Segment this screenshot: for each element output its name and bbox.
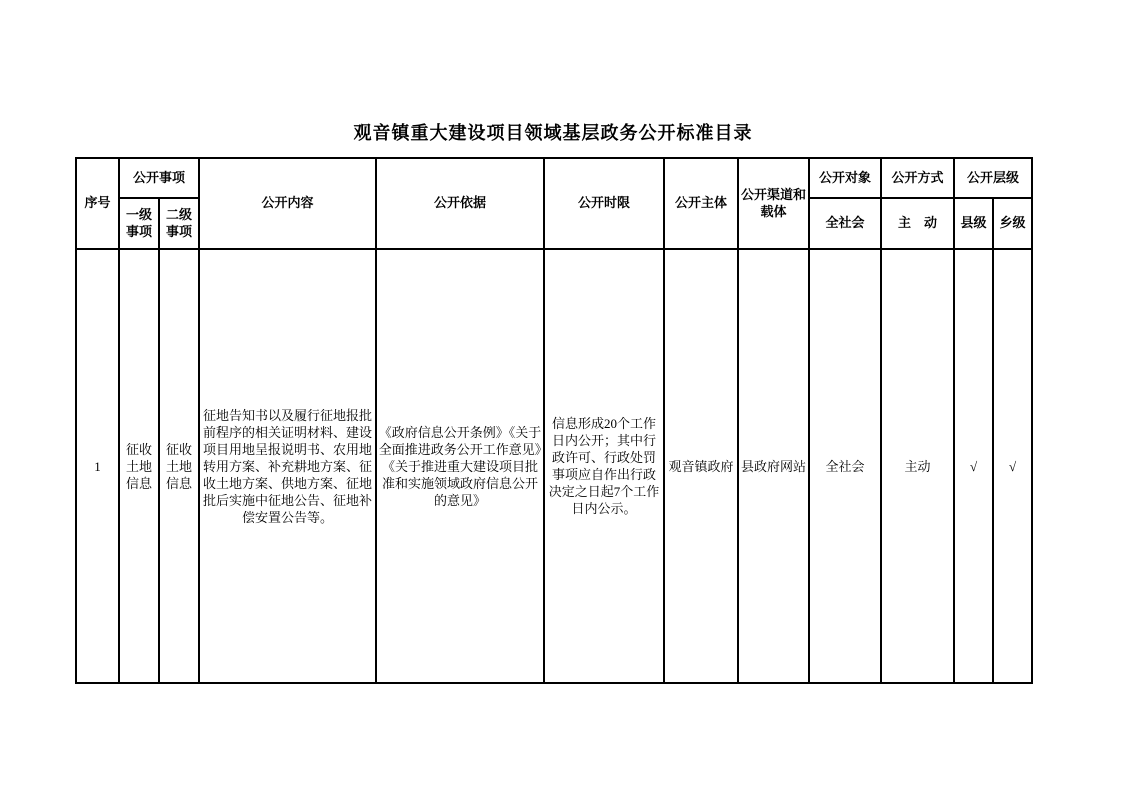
header-disclosure-content: 公开内容 — [199, 158, 376, 249]
header-disclosure-target: 公开对象 — [809, 158, 881, 198]
header-township-level: 乡级 — [993, 198, 1032, 249]
page-title: 观音镇重大建设项目领域基层政务公开标准目录 — [75, 119, 1031, 145]
header-disclosure-subject: 公开主体 — [664, 158, 738, 249]
cell-disclosure-basis: 《政府信息公开条例》《关于全面推进政务公开工作意见》《关于推进重大建设项目批准和… — [376, 249, 544, 683]
cell-disclosure-channel: 县政府网站 — [738, 249, 809, 683]
header-level1-matter: 一级事项 — [119, 198, 159, 249]
cell-disclosure-target: 全社会 — [809, 249, 881, 683]
cell-level2-matter: 征收土地信息 — [159, 249, 199, 683]
header-method-active: 主 动 — [881, 198, 954, 249]
cell-disclosure-method: 主动 — [881, 249, 954, 683]
cell-county-check: √ — [954, 249, 993, 683]
cell-disclosure-subject: 观音镇政府 — [664, 249, 738, 683]
header-serial-number: 序号 — [76, 158, 119, 249]
header-disclosure-basis: 公开依据 — [376, 158, 544, 249]
standards-table: 序号 公开事项 公开内容 公开依据 公开时限 公开主体 公开渠道和载体 公开对象… — [75, 157, 1033, 684]
cell-township-check: √ — [993, 249, 1032, 683]
header-disclosure-time-limit: 公开时限 — [544, 158, 664, 249]
cell-serial-number: 1 — [76, 249, 119, 683]
cell-disclosure-content: 征地告知书以及履行征地报批前程序的相关证明材料、建设项目用地呈报说明书、农用地转… — [199, 249, 376, 683]
header-disclosure-matters: 公开事项 — [119, 158, 199, 198]
cell-level1-matter: 征收土地信息 — [119, 249, 159, 683]
table-row: 1 征收土地信息 征收土地信息 征地告知书以及履行征地报批前程序的相关证明材料、… — [76, 249, 1032, 683]
header-disclosure-level: 公开层级 — [954, 158, 1032, 198]
header-row-1: 序号 公开事项 公开内容 公开依据 公开时限 公开主体 公开渠道和载体 公开对象… — [76, 158, 1032, 198]
header-disclosure-channel: 公开渠道和载体 — [738, 158, 809, 249]
header-disclosure-method: 公开方式 — [881, 158, 954, 198]
header-level2-matter: 二级事项 — [159, 198, 199, 249]
cell-disclosure-time-limit: 信息形成20个工作日内公开；其中行政许可、行政处罚事项应自作出行政决定之日起7个… — [544, 249, 664, 683]
header-county-level: 县级 — [954, 198, 993, 249]
header-target-society: 全社会 — [809, 198, 881, 249]
